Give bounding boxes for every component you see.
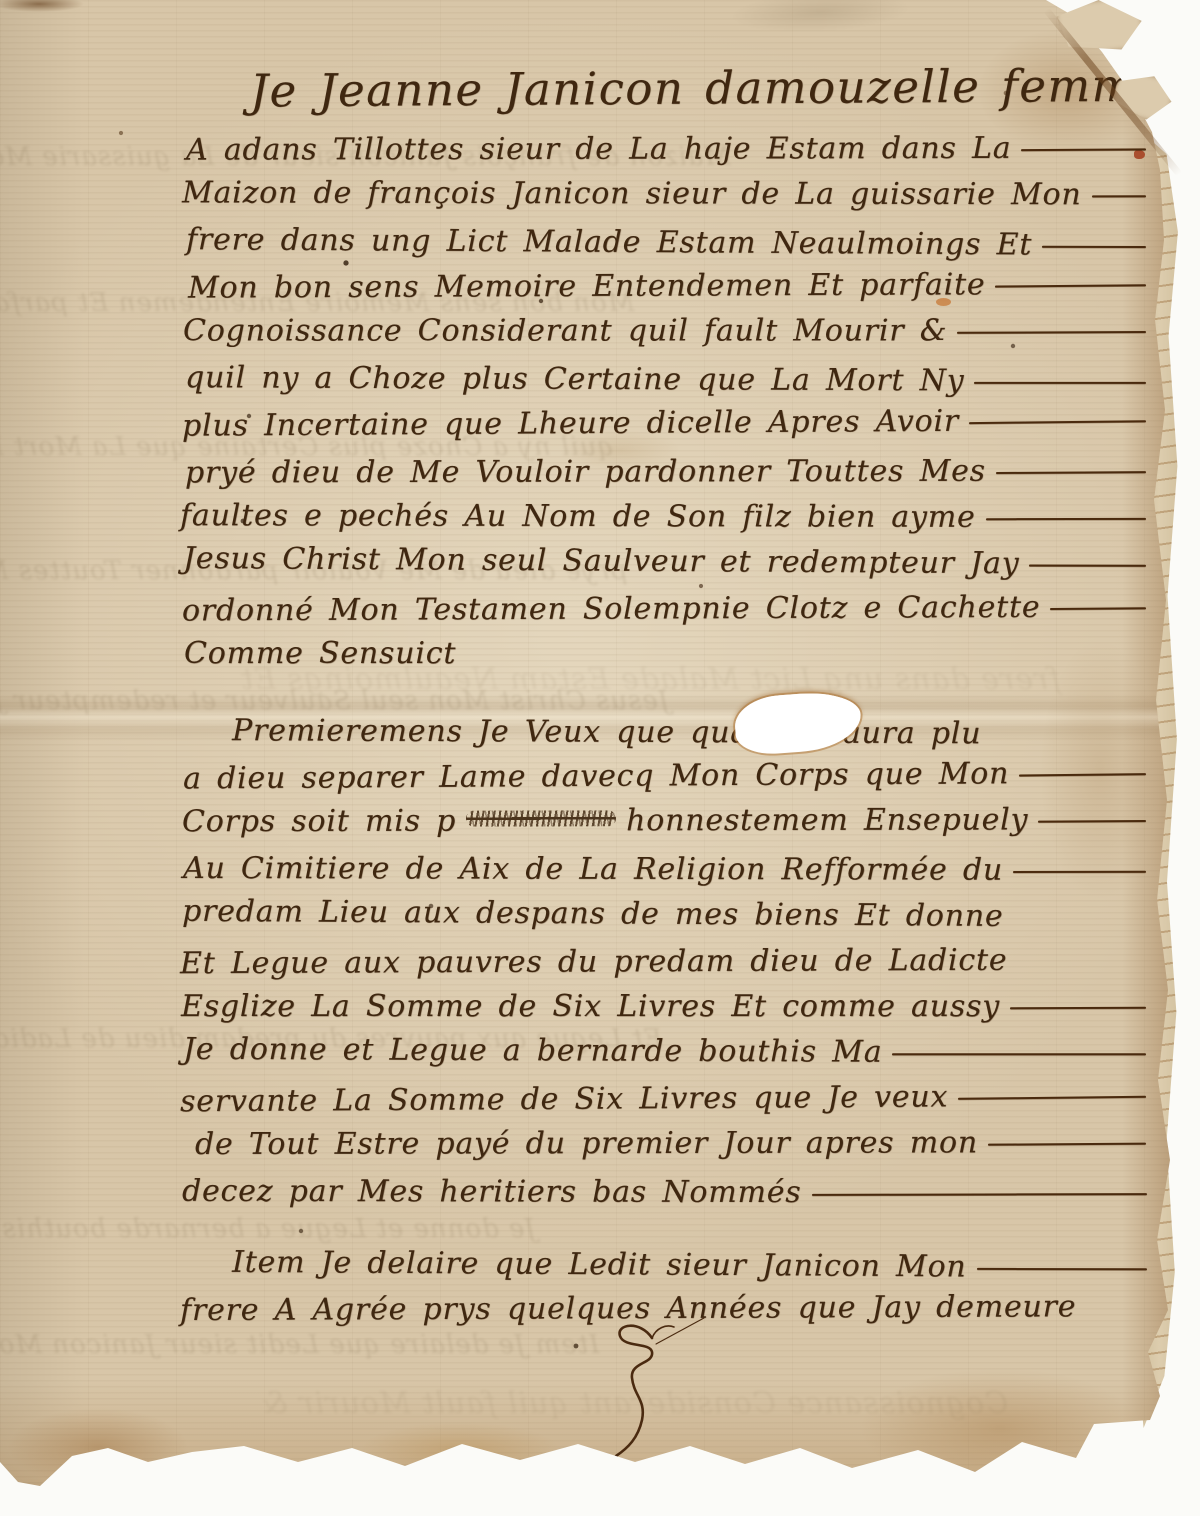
paraphe-flourish (586, 1312, 718, 1464)
manuscript-line: Mon bon sens Memoire Entendemen Et parfa… (0, 262, 1148, 313)
manuscript-line: Esglize La Somme de Six Livres Et comme … (0, 984, 1148, 1030)
manuscript-page: Maizon de françois Janicon sieur de La g… (0, 0, 1200, 1516)
manuscript-line: Maizon de françois Janicon sieur de La g… (0, 170, 1148, 218)
line-filler-stroke (1019, 573, 1148, 574)
manuscript-line: plus Incertaine que Lheure dicelle Apres… (0, 398, 1148, 451)
manuscript-line: Corps soit mis phonnestemem Ensepuely (0, 797, 1148, 845)
manuscript-line: Je donne et Legue a bernarde bouthis Ma (0, 1026, 1148, 1077)
manuscript-line: Comme Sensuict (0, 631, 1148, 677)
line-filler-stroke (882, 1062, 1148, 1063)
line-text: Cognoissance Considerant quil fault Mour… (183, 308, 947, 354)
line-text: Corps soit mis p (182, 799, 456, 846)
line-text: Je Jeanne Janicon damouzelle femme (250, 51, 1164, 127)
line-text: decez par Mes heritiers bas Nommés (182, 1169, 802, 1216)
line-text: a dieu separer Lame davecq Mon Corps que… (183, 751, 1009, 802)
line-text: Item Je delaire que Ledit sieur Janicon … (232, 1240, 967, 1291)
line-text: pryé dieu de Me Vouloir pardonner Toutte… (185, 449, 986, 497)
manuscript-line: pryé dieu de Me Vouloir pardonner Toutte… (0, 448, 1148, 496)
line-text: honnestemem Ensepuely (626, 797, 1028, 844)
line-text: Et Legue aux pauvres du predam dieu de L… (180, 938, 1008, 987)
line-text: Maizon de françois Janicon sieur de La g… (182, 170, 1082, 218)
manuscript-line: Et Legue aux pauvres du predam dieu de L… (0, 937, 1148, 988)
line-text: plus Incertaine que Lheure dicelle Apres… (182, 399, 959, 450)
manuscript-line: frere dans ung Lict Malade Estam Neaulmo… (0, 216, 1148, 269)
manuscript-line: Jesus Christ Mon seul Saulveur et redemp… (0, 535, 1148, 588)
line-text: Mon bon sens Memoire Entendemen Et parfa… (188, 262, 986, 311)
manuscript-line: predam Lieu aux despans de mes biens Et … (0, 888, 1148, 941)
manuscript-line: servante La Somme de Six Livres que Je v… (0, 1073, 1148, 1126)
line-text: Premieremens Je Veux que quand Il aura p… (232, 708, 982, 757)
line-text: Esglize La Somme de Six Livres Et comme … (181, 984, 1000, 1030)
manuscript-line: Je Jeanne Janicon damouzelle femme (0, 51, 1148, 128)
stain (8, 1408, 188, 1486)
struck-out-word (466, 810, 616, 826)
line-filler-stroke (964, 390, 1148, 391)
scanned-manuscript: Maizon de françois Janicon sieur de La g… (0, 0, 1200, 1516)
line-text: ordonné Mon Testamen Solempnie Clotz e C… (182, 585, 1041, 635)
manuscript-line: de Tout Estre payé du premier Jour apres… (0, 1120, 1148, 1168)
line-text: predam Lieu aux despans de mes biens Et … (182, 889, 1004, 940)
stain (729, 0, 911, 37)
manuscript-line: Au Cimitiere de Aix de La Religion Reffo… (0, 846, 1148, 894)
manuscript-line: frere A Agrée prys quelques Années que J… (0, 1284, 1148, 1335)
text-block: Je Jeanne Janicon damouzelle femmeA adan… (0, 56, 1148, 1334)
manuscript-line: Premieremens Je Veux que quand Il aura p… (0, 707, 1148, 758)
line-text: de Tout Estre payé du premier Jour apres… (195, 1120, 978, 1168)
manuscript-line: a dieu separer Lame davecq Mon Corps que… (0, 750, 1148, 803)
bleedthrough-text: Item Je delaire que Ledit sieur Janicon … (0, 1330, 599, 1360)
line-text: frere dans ung Lict Malade Estam Neaulmo… (186, 217, 1032, 268)
manuscript-line: Item Je delaire que Ledit sieur Janicon … (0, 1238, 1148, 1291)
manuscript-line: Cognoissance Considerant quil fault Mour… (0, 308, 1148, 354)
line-filler-stroke (801, 1202, 1147, 1203)
line-text: Jesus Christ Mon seul Saulveur et redemp… (183, 536, 1020, 587)
line-text: servante La Somme de Six Livres que Je v… (180, 1074, 948, 1125)
line-text: Je donne et Legue a bernarde bouthis Ma (183, 1027, 883, 1076)
line-text: Comme Sensuict (184, 631, 456, 677)
manuscript-line: ordonné Mon Testamen Solempnie Clotz e C… (0, 584, 1148, 635)
stain (360, 1422, 560, 1478)
manuscript-line: quil ny a Choze plus Certaine que La Mor… (0, 354, 1148, 405)
manuscript-line: decez par Mes heritiers bas Nommés (0, 1168, 1148, 1216)
line-filler-stroke (966, 1276, 1147, 1277)
line-filler-stroke (959, 430, 1148, 431)
line-text: quil ny a Choze plus Certaine que La Mor… (185, 355, 965, 404)
line-text: faultes e pechés Au Nom de Son filz bien… (180, 493, 976, 541)
stain (0, 0, 84, 12)
line-text: A adans Tillottes sieur de La haje Estam… (186, 126, 1012, 174)
line-filler-stroke (1009, 782, 1148, 783)
line-filler-stroke (948, 1105, 1148, 1106)
ink-specks (0, 0, 2, 2)
manuscript-line: faultes e pechés Au Nom de Son filz bien… (0, 493, 1148, 541)
manuscript-line: A adans Tillottes sieur de La haje Estam… (0, 126, 1148, 174)
line-text: Au Cimitiere de Aix de La Religion Reffo… (183, 846, 1003, 894)
line-filler-stroke (985, 294, 1148, 295)
line-filler-stroke (1032, 254, 1148, 255)
